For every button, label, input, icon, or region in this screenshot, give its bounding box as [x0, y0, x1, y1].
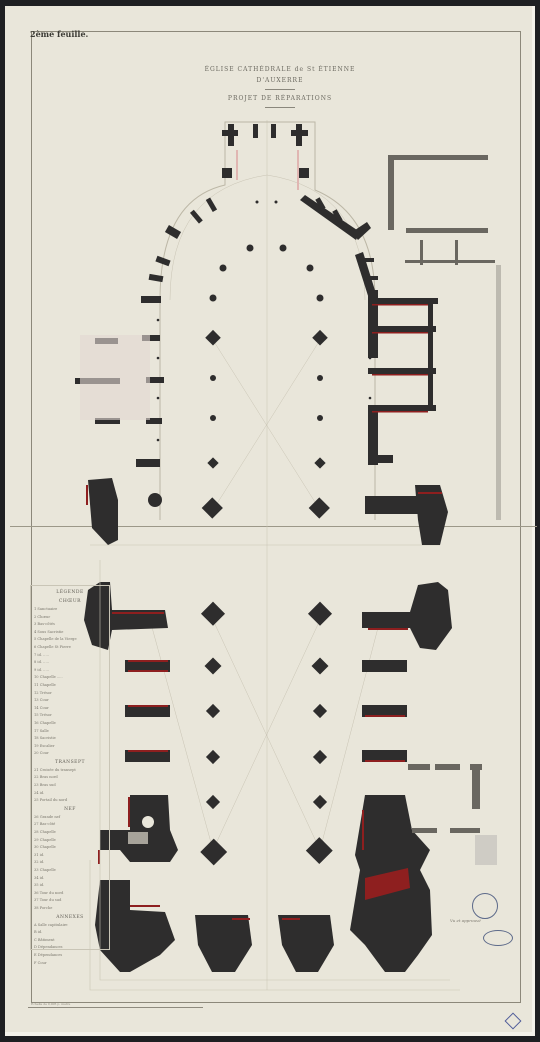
legend-item: 35 id.	[34, 882, 106, 890]
legend-item: 9 id. .....	[34, 667, 106, 675]
tower-stair-room	[132, 865, 167, 910]
west-front-portal-piers	[195, 915, 334, 972]
legend-item: 32 id.	[34, 859, 106, 867]
legend-item: D Dépendances	[34, 944, 106, 952]
legend-item: 8 id. .....	[34, 659, 106, 667]
legend-item: 28 Chapelle	[34, 829, 106, 837]
legend-item: 24 id.	[34, 790, 106, 798]
legend-item: 16 Chapelle	[34, 720, 106, 728]
legend-item: 14 Cour	[34, 705, 106, 713]
choir-chapels-right	[368, 290, 438, 465]
legend-item: 25 Portail du nord	[34, 797, 106, 805]
legend-item: 30 Chapelle	[34, 844, 106, 852]
archive-stamp-round	[472, 893, 498, 919]
legend-item: 5 Chapelle de la Vierge	[34, 636, 106, 644]
annex-wall-gray	[496, 265, 501, 520]
legend-section-title: CHŒUR	[34, 597, 106, 606]
repair-red-edges	[372, 304, 428, 413]
legend-heading: LÉGENDE	[34, 588, 106, 597]
scale-label: Échelle de 0,005 p. mètre	[31, 1002, 70, 1006]
legend-item: 37 Tour du sud	[34, 897, 106, 905]
legend-item: 20 Cour	[34, 750, 106, 758]
legend-item: 2 Chœur	[34, 614, 106, 622]
legend-item: 3 Bas-côtés	[34, 621, 106, 629]
legend-item: 21 Croisée du transept	[34, 767, 106, 775]
legend-item: 15 Trésor	[34, 712, 106, 720]
legend-item: 34 id.	[34, 875, 106, 883]
annex-near-nave	[408, 764, 482, 833]
legend-item: C Bâtiment	[34, 937, 106, 945]
legend-item: 1 Sanctuaire	[34, 606, 106, 614]
archive-stamp-oval	[483, 930, 513, 946]
legend-section-title: TRANSEPT	[34, 758, 106, 767]
axial-chapel	[222, 124, 309, 204]
legend-section-title: NEF	[34, 805, 106, 814]
legend-item: 6 Chapelle St Pierre	[34, 644, 106, 652]
repair-zone	[236, 150, 238, 180]
legend-item: 13 Cour	[34, 697, 106, 705]
legend-item: 27 Bas-côté	[34, 821, 106, 829]
annex-gray-room	[475, 835, 497, 865]
legend-item: 17 Salle	[34, 728, 106, 736]
legend-item: 33 Chapelle	[34, 867, 106, 875]
legend-item: 38 Porche	[34, 905, 106, 913]
apse-buttresses-left	[136, 197, 217, 467]
legend-item: 7 id. .....	[34, 652, 106, 660]
legend-item: 23 Bras sud	[34, 782, 106, 790]
legend-item: E Dépendances	[34, 952, 106, 960]
annex-roof	[80, 335, 150, 420]
legend-item: 29 Chapelle	[34, 837, 106, 845]
legend-item: B id.	[34, 929, 106, 937]
stair-landing	[128, 832, 148, 844]
nave-side-walls	[125, 660, 407, 762]
legend-item: F Cour	[34, 960, 106, 968]
spiral-stair	[142, 816, 154, 828]
legend-item: 12 Trésor	[34, 690, 106, 698]
scale-bar	[28, 1007, 203, 1008]
legend-item: 31 id.	[34, 852, 106, 860]
aisle-column-dots	[157, 319, 372, 442]
legend-item: 18 Sacristie	[34, 735, 106, 743]
choir-outline	[160, 122, 375, 520]
legend-item: 11 Chapelle	[34, 682, 106, 690]
choir-columns	[202, 245, 330, 519]
legend-item: 4 Sous Sacristie	[34, 629, 106, 637]
transept-crossing	[84, 478, 452, 650]
legend-section-title: ANNEXES	[34, 913, 106, 922]
apse-wall-right	[300, 195, 378, 302]
legend-item: 26 Grande nef	[34, 814, 106, 822]
legend-item: 22 Bras nord	[34, 774, 106, 782]
approval-note: Vu et approuvé	[450, 918, 481, 923]
legend-item: 36 Tour du nord	[34, 890, 106, 898]
legend-item: 19 Escalier	[34, 743, 106, 751]
annex-buildings-right	[388, 155, 495, 265]
legend-item: 10 Chapelle .....	[34, 674, 106, 682]
repair-zone	[297, 150, 299, 190]
legend-panel: LÉGENDE CHŒUR 1 Sanctuaire 2 Chœur 3 Bas…	[30, 585, 110, 950]
legend-item: A Salle capitulaire	[34, 922, 106, 930]
